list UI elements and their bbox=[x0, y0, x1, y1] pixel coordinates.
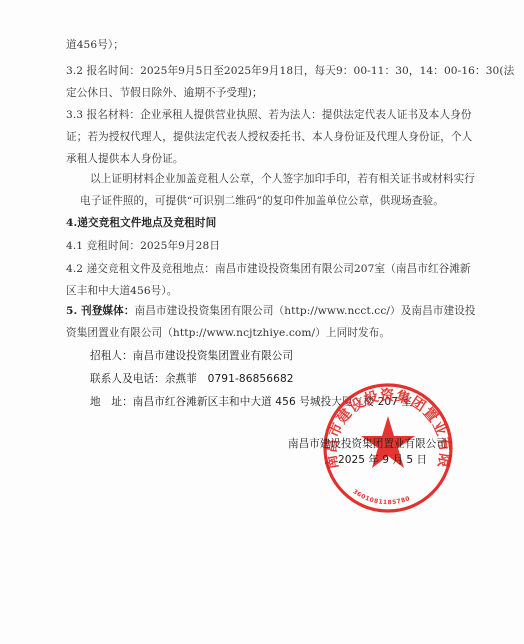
text-line: 区丰和中大道456号）。 bbox=[66, 284, 177, 298]
text-line: 证；若为授权代理人，提供法定代表人授权委托书、本人身份证及代理人身份证，个人 bbox=[66, 130, 472, 144]
section-5-line: 5. 刊登媒体：南昌市建设投资集团有限公司（http://www.ncct.cc… bbox=[66, 304, 476, 318]
text-line: 电子证件照的，可提供“可识别二维码”的复印件加盖单位公章，供现场查验。 bbox=[80, 194, 444, 208]
text-line-bid-location: 4.2 递交竞租文件及竞租地点：南昌市建设投资集团有限公司207室（南昌市红谷滩… bbox=[66, 262, 471, 276]
text-line-media: 资集团置业有限公司（http://www.ncjtzhiye.com/）上同时发… bbox=[66, 326, 390, 340]
text-line: 定公休日、节假日除外、逾期不予受理)； bbox=[66, 86, 263, 100]
contact-line: 联系人及电话：余燕菲 0791-86856682 bbox=[90, 372, 294, 386]
text-line: 承租人提供本人身份证。 bbox=[66, 152, 184, 166]
lessor-line: 招租人：南昌市建设投资集团置业有限公司 bbox=[90, 349, 293, 363]
text-line: 以上证明材料企业加盖竞租人公章，个人签字加印手印，若有相关证书或材料实行 bbox=[90, 172, 475, 186]
signature-date: 2025 年 9 月 5 日 bbox=[338, 452, 427, 467]
section-heading-5: 5. 刊登媒体： bbox=[66, 305, 135, 317]
document-page: 道456号）； 3.2 报名时间：2025年9月5日至2025年9月18日，每天… bbox=[0, 0, 524, 644]
svg-text:3601081185780: 3601081185780 bbox=[351, 488, 411, 506]
text-line: 道456号）； bbox=[66, 38, 124, 52]
signature-company: 南昌市建设投资集团置业有限公司 bbox=[288, 436, 447, 451]
media-text: 南昌市建设投资集团有限公司（http://www.ncct.cc/）及南昌市建设… bbox=[135, 305, 476, 317]
text-line-registration-materials: 3.3 报名材料：企业承租人提供营业执照、若为法人：提供法定代表人证书及本人身份 bbox=[66, 108, 472, 122]
address-line: 地 址：南昌市红谷滩新区丰和中大道 456 号城投大厦二楼 207 室 bbox=[90, 395, 412, 409]
text-line-bid-time: 4.1 竞租时间：2025年9月28日 bbox=[66, 239, 220, 253]
text-line-registration-time: 3.2 报名时间：2025年9月5日至2025年9月18日，每天9：00-11：… bbox=[66, 64, 514, 78]
section-heading-4: 4.递交竞租文件地点及竞租时间 bbox=[66, 216, 216, 230]
